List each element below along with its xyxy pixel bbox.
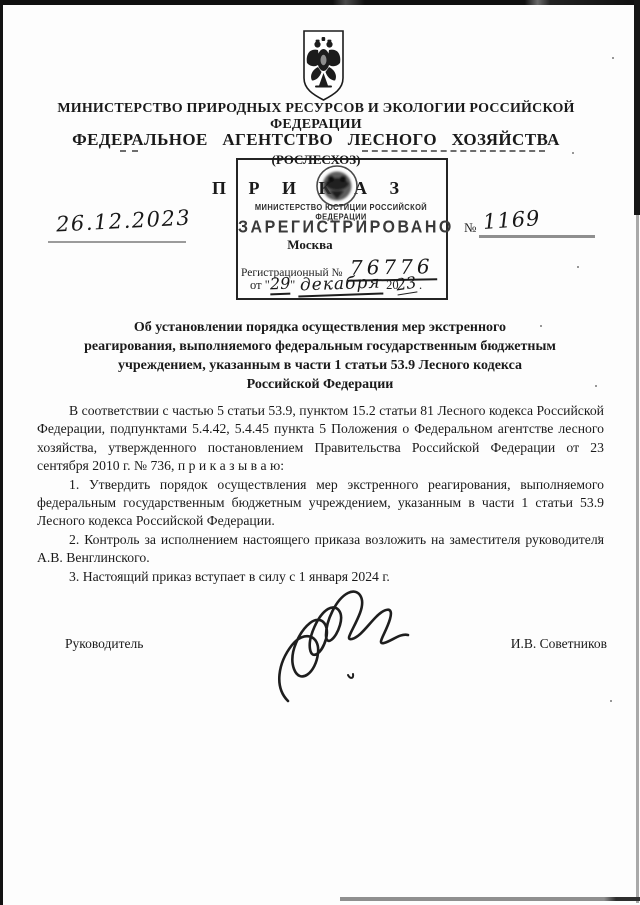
order-title-line: Об установлении порядка осуществления ме… bbox=[55, 318, 585, 337]
scanned-order-document: МИНИСТЕРСТВО ПРИРОДНЫХ РЕСУРСОВ И ЭКОЛОГ… bbox=[0, 0, 640, 905]
handwritten-registration-month: декабря bbox=[298, 273, 383, 298]
handwritten-registration-year: 23 bbox=[394, 273, 417, 296]
scan-edge-bottom bbox=[340, 897, 640, 901]
stamp-quote-close: " bbox=[290, 278, 295, 292]
stamp-registration-date-line: от "29" декабря 2023. bbox=[250, 274, 440, 296]
scan-speck bbox=[610, 700, 612, 702]
scan-edge-right-light bbox=[636, 215, 639, 903]
coat-of-arms-icon bbox=[301, 29, 346, 102]
number-sign-label: № bbox=[464, 220, 476, 236]
city-label: Москва bbox=[0, 237, 620, 253]
scan-speck bbox=[577, 266, 579, 268]
stamp-date-suffix: . bbox=[419, 278, 422, 292]
order-title: Об установлении порядка осуществления ме… bbox=[55, 318, 585, 394]
order-title-line: Российской Федерации bbox=[55, 375, 585, 394]
scan-edge-right-dark bbox=[634, 0, 640, 215]
signer-name: И.В. Советников bbox=[511, 636, 607, 652]
order-body: В соответствии с частью 5 статьи 53.9, п… bbox=[37, 402, 604, 586]
order-item-1: 1. Утвердить порядок осуществления мер э… bbox=[37, 476, 604, 531]
stamp-date-prefix: от bbox=[250, 278, 262, 292]
handwritten-order-date: 26.12.2023 bbox=[55, 205, 191, 236]
handwritten-order-number: 1169 bbox=[482, 206, 541, 234]
order-title-line: реагирования, выполняемого федеральным г… bbox=[55, 337, 585, 356]
scan-speck bbox=[595, 385, 597, 387]
signer-position: Руководитель bbox=[65, 636, 143, 652]
scan-edge-top bbox=[0, 0, 640, 5]
signature-scribble-icon bbox=[248, 583, 423, 708]
stamp-registered-text: ЗАРЕГИСТРИРОВАНО bbox=[238, 218, 444, 238]
order-title-line: учреждением, указанным в части 1 статьи … bbox=[55, 356, 585, 375]
order-item-2: 2. Контроль за исполнением настоящего пр… bbox=[37, 531, 604, 568]
ministry-name: МИНИСТЕРСТВО ПРИРОДНЫХ РЕСУРСОВ И ЭКОЛОГ… bbox=[20, 101, 612, 133]
agency-name: ФЕДЕРАЛЬНОЕ АГЕНТСТВО ЛЕСНОГО ХОЗЯЙСТВА bbox=[20, 130, 612, 150]
scan-speck bbox=[612, 57, 614, 59]
order-intro-paragraph: В соответствии с частью 5 статьи 53.9, п… bbox=[37, 402, 604, 476]
handwritten-registration-day: 29 bbox=[269, 274, 290, 296]
scan-edge-left bbox=[0, 0, 3, 905]
agency-short-name: (РОСЛЕСХОЗ) bbox=[20, 152, 612, 168]
